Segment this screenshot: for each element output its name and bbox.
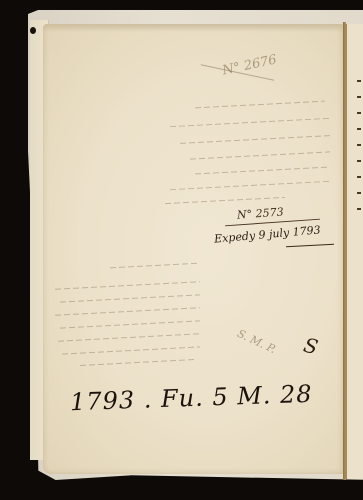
leaf-top-edge — [43, 24, 343, 32]
binding-hole — [30, 27, 36, 34]
scanned-document: N° 2676 N° 2573 Expedy 9 july 1793 S. M.… — [0, 0, 363, 500]
adjacent-page-text-fragments — [357, 80, 361, 210]
